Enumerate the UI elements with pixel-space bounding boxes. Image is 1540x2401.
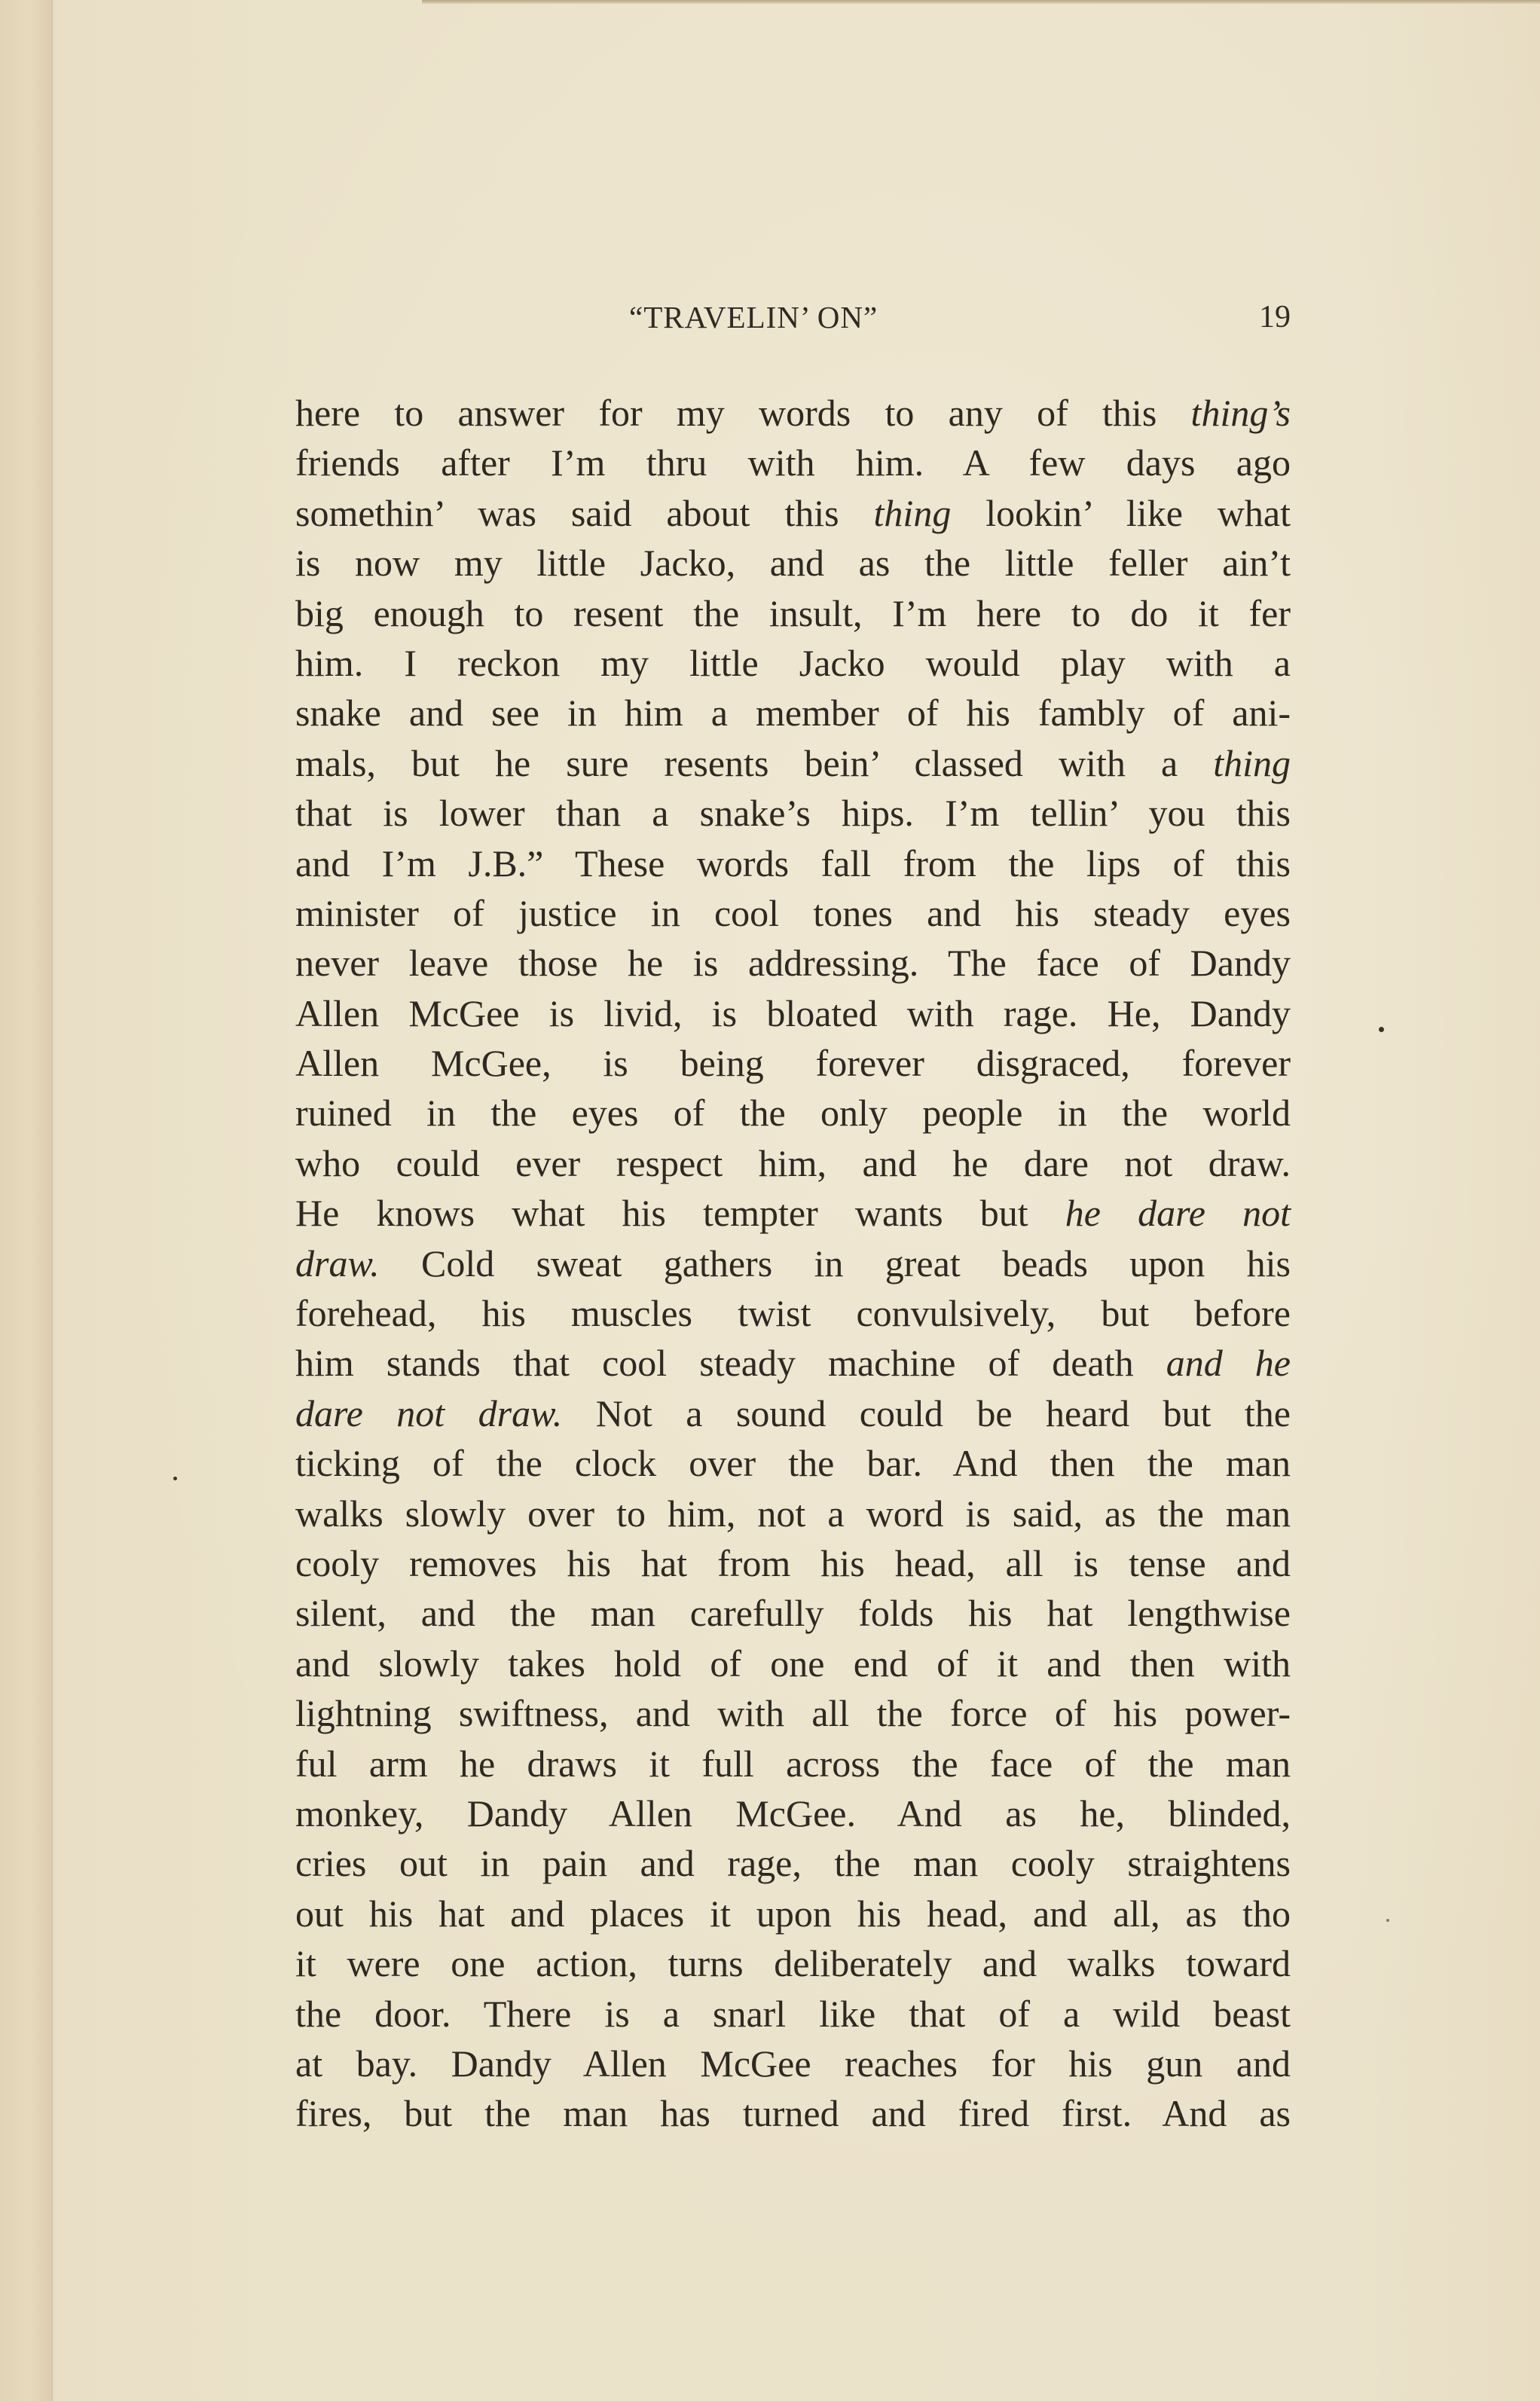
- text-run: forehead, his muscles twist convulsively…: [295, 1292, 1291, 1334]
- text-run: cries out in pain and rage, the man cool…: [295, 1842, 1291, 1884]
- text-line: him. I reckon my little Jacko would play…: [295, 638, 1291, 688]
- text-line: cries out in pain and rage, the man cool…: [295, 1838, 1291, 1888]
- text-line: cooly removes his hat from his head, all…: [295, 1538, 1291, 1588]
- text-line: ruined in the eyes of the only people in…: [295, 1088, 1291, 1138]
- text-run: and slowly takes hold of one end of it a…: [295, 1642, 1291, 1685]
- text-run: who could ever respect him, and he dare …: [295, 1142, 1291, 1184]
- text-run: at bay. Dandy Allen McGee reaches for hi…: [295, 2042, 1291, 2085]
- text-run: the door. There is a snarl like that of …: [295, 1993, 1291, 2035]
- text-run: ruined in the eyes of the only people in…: [295, 1092, 1291, 1134]
- text-run: is now my little Jacko, and as the littl…: [295, 542, 1291, 584]
- text-run: lookin’ like what: [951, 492, 1291, 534]
- text-line: that is lower than a snake’s hips. I’m t…: [295, 788, 1291, 838]
- page-number: 19: [1259, 298, 1291, 336]
- text-run: monkey, Dandy Allen McGee. And as he, bl…: [295, 1792, 1291, 1834]
- text-line: lightning swiftness, and with all the fo…: [295, 1688, 1291, 1738]
- text-run: silent, and the man carefully folds his …: [295, 1592, 1291, 1634]
- text-run: Allen McGee, is being forever disgraced,…: [295, 1042, 1291, 1084]
- text-run: minister of justice in cool tones and hi…: [295, 892, 1291, 934]
- text-line: minister of justice in cool tones and hi…: [295, 888, 1291, 938]
- text-run: him. I reckon my little Jacko would play…: [295, 642, 1291, 684]
- running-head: “TRAVELIN’ ON” 19: [295, 298, 1291, 336]
- text-line: draw. Cold sweat gathers in great beads …: [295, 1239, 1291, 1288]
- text-run: friends after I’m thru with him. A few d…: [295, 441, 1291, 484]
- text-run: here to answer for my words to any of th…: [295, 392, 1191, 434]
- text-line: the door. There is a snarl like that of …: [295, 1989, 1291, 2039]
- text-line: and I’m J.B.” These words fall from the …: [295, 839, 1291, 888]
- text-run: snake and see in him a member of his fam…: [295, 692, 1291, 734]
- text-line: Allen McGee, is being forever disgraced,…: [295, 1038, 1291, 1088]
- italic-text: thing’s: [1191, 392, 1291, 434]
- text-run: out his hat and places it upon his head,…: [295, 1892, 1291, 1935]
- text-line: out his hat and places it upon his head,…: [295, 1889, 1291, 1938]
- page-top-edge: [422, 0, 1540, 4]
- italic-text: he dare not: [1065, 1192, 1291, 1234]
- text-run: Cold sweat gathers in great beads upon h…: [380, 1242, 1291, 1285]
- italic-text: draw.: [295, 1242, 380, 1285]
- text-run: cooly removes his hat from his head, all…: [295, 1542, 1291, 1584]
- text-line: at bay. Dandy Allen McGee reaches for hi…: [295, 2039, 1291, 2088]
- text-line: here to answer for my words to any of th…: [295, 388, 1291, 438]
- text-line: walks slowly over to him, not a word is …: [295, 1489, 1291, 1538]
- text-line: mals, but he sure resents bein’ classed …: [295, 738, 1291, 788]
- italic-text: thing: [874, 492, 952, 534]
- text-run: lightning swiftness, and with all the fo…: [295, 1692, 1291, 1734]
- text-line: it were one action, turns deliberately a…: [295, 1938, 1291, 1988]
- book-page: “TRAVELIN’ ON” 19 here to answer for my …: [0, 0, 1540, 2401]
- text-run: ful arm he draws it full across the face…: [295, 1743, 1291, 1785]
- text-run: that is lower than a snake’s hips. I’m t…: [295, 792, 1291, 834]
- gutter-fold: [51, 0, 54, 2401]
- text-line: ticking of the clock over the bar. And t…: [295, 1438, 1291, 1488]
- text-line: and slowly takes hold of one end of it a…: [295, 1639, 1291, 1688]
- text-run: Not a sound could be heard but the: [562, 1392, 1291, 1434]
- text-run: walks slowly over to him, not a word is …: [295, 1492, 1291, 1535]
- text-line: who could ever respect him, and he dare …: [295, 1138, 1291, 1188]
- text-line: snake and see in him a member of his fam…: [295, 688, 1291, 738]
- text-run: big enough to resent the insult, I’m her…: [295, 592, 1291, 634]
- text-line: is now my little Jacko, and as the littl…: [295, 538, 1291, 588]
- text-run: somethin’ was said about this: [295, 492, 874, 534]
- body-text: here to answer for my words to any of th…: [295, 388, 1291, 2139]
- text-run: He knows what his tempter wants but: [295, 1192, 1065, 1234]
- text-run: ticking of the clock over the bar. And t…: [295, 1442, 1291, 1484]
- text-line: He knows what his tempter wants but he d…: [295, 1188, 1291, 1238]
- text-run: him stands that cool steady machine of d…: [295, 1342, 1166, 1384]
- text-line: dare not draw. Not a sound could be hear…: [295, 1388, 1291, 1438]
- ink-speck: [1379, 1027, 1384, 1032]
- text-line: never leave those he is addressing. The …: [295, 938, 1291, 988]
- text-line: him stands that cool steady machine of d…: [295, 1338, 1291, 1388]
- italic-text: thing: [1213, 742, 1291, 784]
- ink-speck: [1386, 1919, 1389, 1922]
- text-run: fires, but the man has turned and fired …: [295, 2092, 1291, 2134]
- text-line: Allen McGee is livid, is bloated with ra…: [295, 988, 1291, 1038]
- text-run: never leave those he is addressing. The …: [295, 942, 1291, 984]
- text-line: forehead, his muscles twist convulsively…: [295, 1288, 1291, 1338]
- text-run: Allen McGee is livid, is bloated with ra…: [295, 992, 1291, 1034]
- text-line: somethin’ was said about this thing look…: [295, 488, 1291, 538]
- text-line: big enough to resent the insult, I’m her…: [295, 588, 1291, 638]
- ink-speck: [173, 1477, 177, 1480]
- running-head-title: “TRAVELIN’ ON”: [629, 298, 878, 336]
- text-run: it were one action, turns deliberately a…: [295, 1942, 1291, 1984]
- text-line: silent, and the man carefully folds his …: [295, 1588, 1291, 1638]
- italic-text: and he: [1166, 1342, 1291, 1384]
- text-run: mals, but he sure resents bein’ classed …: [295, 742, 1213, 784]
- text-line: ful arm he draws it full across the face…: [295, 1739, 1291, 1789]
- text-line: fires, but the man has turned and fired …: [295, 2088, 1291, 2138]
- italic-text: dare not draw.: [295, 1392, 562, 1434]
- text-run: and I’m J.B.” These words fall from the …: [295, 842, 1291, 884]
- text-line: friends after I’m thru with him. A few d…: [295, 438, 1291, 487]
- text-line: monkey, Dandy Allen McGee. And as he, bl…: [295, 1789, 1291, 1838]
